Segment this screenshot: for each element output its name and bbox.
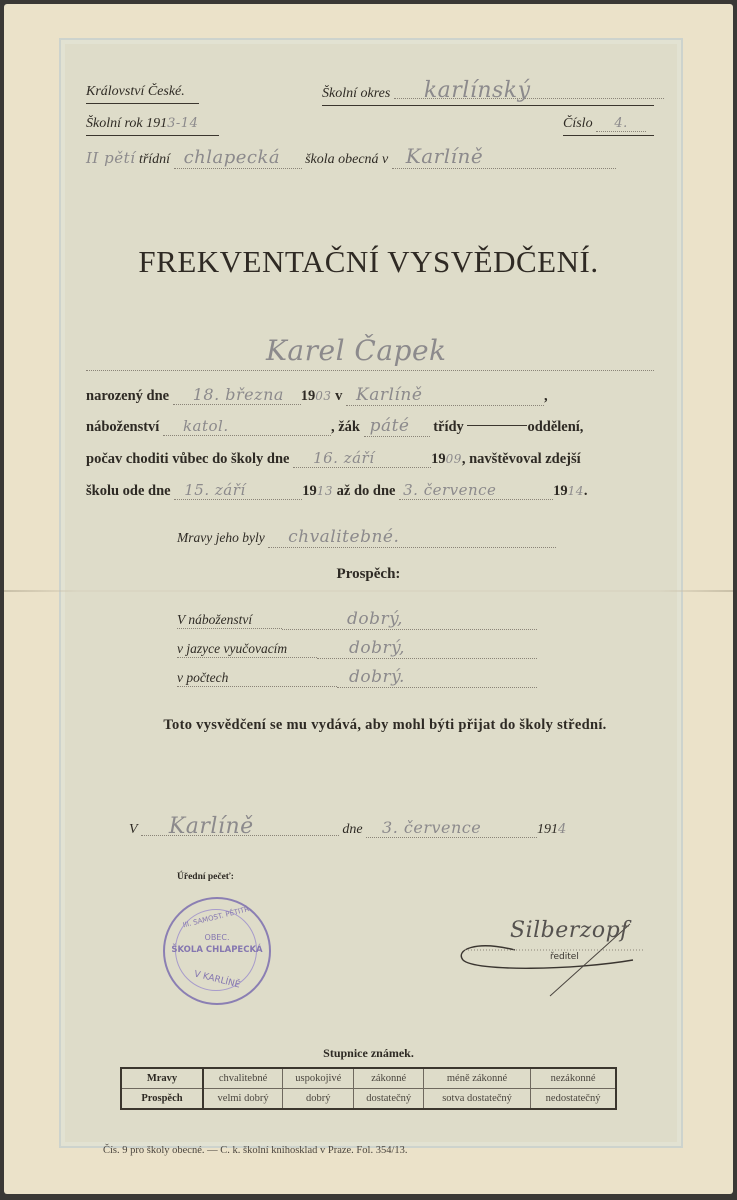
document-paper xyxy=(4,4,733,1194)
pupil-label: , žák xyxy=(331,419,360,435)
issued-date-value: 3. července xyxy=(366,818,537,838)
until-end: . xyxy=(584,483,588,499)
table-cell: sotva dostatečný xyxy=(424,1089,531,1110)
row-header: Prospěch xyxy=(121,1089,203,1110)
issued-date-label: dne xyxy=(342,822,362,837)
district-field: Školní okres karlínský xyxy=(322,84,654,106)
official-seal: III. SAMOST. PĚTITŘ. OBEC. ŠKOLA CHLAPEC… xyxy=(163,897,271,1005)
statement-text: Toto vysvědčení se mu vydává, aby mohl b… xyxy=(0,717,737,734)
conduct-line: Mravy jeho byly chvalitebné. xyxy=(177,527,556,548)
school-from-year-prefix: 19 xyxy=(302,483,317,499)
progress-heading: Prospěch: xyxy=(0,566,737,583)
school-place-value: Karlíně xyxy=(392,144,616,169)
table-cell: zákonné xyxy=(354,1068,424,1089)
table-cell: velmi dobrý xyxy=(203,1089,283,1110)
born-place-label: v xyxy=(335,388,342,404)
row-header: Mravy xyxy=(121,1068,203,1089)
seal-label: Úřední pečeť: xyxy=(177,872,234,882)
born-date: 18. března xyxy=(173,385,301,405)
issued-place-label: V xyxy=(129,822,137,837)
progress-value: dobrý. xyxy=(337,667,537,688)
conduct-label: Mravy jeho byly xyxy=(177,530,265,545)
signature-role: ředitel xyxy=(550,952,579,962)
progress-row-religion: V náboženstvídobrý, xyxy=(177,609,537,630)
born-end: , xyxy=(544,388,548,404)
progress-label: v počtech xyxy=(177,670,337,687)
table-cell: nedostatečný xyxy=(531,1089,616,1110)
started-year-prefix: 19 xyxy=(431,451,446,467)
started-date: 16. září xyxy=(293,449,431,468)
grade-scale-title: Stupnice známek. xyxy=(0,1046,737,1061)
issued-year-prefix: 191 xyxy=(537,822,558,837)
religion-label: náboženství xyxy=(86,419,159,435)
student-name-line: Karel Čapek xyxy=(86,340,654,371)
number-label: Číslo xyxy=(563,116,593,131)
signature-block: Silberzopf ředitel xyxy=(455,910,645,1000)
issued-line: V Karlíně dne 3. července1914 xyxy=(129,818,567,838)
number-field: Číslo 4. xyxy=(563,116,654,136)
attendance-line: školu ode dne 15. září1913 až do dne 3. … xyxy=(86,481,656,500)
school-line: II pětí třídní chlapecká škola obecná v … xyxy=(86,144,654,169)
progress-label: v jazyce vyučovacím xyxy=(177,641,317,658)
division-label: oddělení, xyxy=(527,419,583,435)
table-cell: chvalitebné xyxy=(203,1068,283,1089)
started-line: počav choditi vůbec do školy dne 16. zář… xyxy=(86,449,656,468)
district-label: Školní okres xyxy=(322,86,390,101)
class-label: třídy xyxy=(433,419,464,435)
table-cell: uspokojivé xyxy=(283,1068,354,1089)
seal-line-2: OBEC. xyxy=(165,933,269,942)
table-row: Mravy chvalitebné uspokojivé zákonné mén… xyxy=(121,1068,616,1089)
progress-row-language: v jazyce vyučovacímdobrý, xyxy=(177,638,537,659)
district-value: karlínský xyxy=(394,84,664,99)
started-label: počav choditi vůbec do školy dne xyxy=(86,451,289,467)
issued-year-suffix: 4 xyxy=(558,822,567,837)
school-year-field: Školní rok 1913-14 xyxy=(86,116,219,136)
table-cell: dostatečný xyxy=(354,1089,424,1110)
class-value: páté xyxy=(364,416,430,437)
document-title: FREKVENTAČNÍ VYSVĚDČENÍ. xyxy=(0,244,737,280)
visited-label: , navštěvoval zdejší xyxy=(462,451,581,467)
school-class-value: II pětí xyxy=(86,149,135,167)
school-year-label: Školní rok 191 xyxy=(86,116,167,131)
school-class-label: třídní xyxy=(139,152,170,167)
progress-label: V náboženství xyxy=(177,612,282,629)
footer-imprint: Čís. 9 pro školy obecné. — C. k. školní … xyxy=(103,1145,408,1156)
progress-value: dobrý, xyxy=(317,638,537,659)
table-cell: nezákonné xyxy=(531,1068,616,1089)
born-year-prefix: 19 xyxy=(301,388,316,404)
division-dash xyxy=(467,425,527,426)
progress-row-arithmetic: v počtechdobrý. xyxy=(177,667,537,688)
born-year-suffix: 03 xyxy=(315,389,331,403)
school-type-value: chlapecká xyxy=(174,147,302,169)
religion-line: náboženství katol., žák páté třídy odděl… xyxy=(86,416,656,437)
signature-name: Silberzopf xyxy=(510,918,629,943)
birth-line: narozený dne 18. března1903 v Karlíně, xyxy=(86,385,656,406)
table-cell: méně zákonné xyxy=(424,1068,531,1089)
table-cell: dobrý xyxy=(283,1089,354,1110)
school-from-year-suffix: 13 xyxy=(317,484,333,498)
fold-crease xyxy=(4,590,733,592)
grade-scale-table: Mravy chvalitebné uspokojivé zákonné mén… xyxy=(120,1067,617,1110)
school-label: škola obecná v xyxy=(305,152,388,167)
conduct-value: chvalitebné. xyxy=(268,527,556,548)
issued-place-value: Karlíně xyxy=(141,819,339,836)
until-label: až do dne xyxy=(337,483,396,499)
until-year-prefix: 19 xyxy=(553,483,568,499)
until-year-suffix: 14 xyxy=(568,484,584,498)
table-row: Prospěch velmi dobrý dobrý dostatečný so… xyxy=(121,1089,616,1110)
started-year-suffix: 09 xyxy=(446,452,462,466)
student-name: Karel Čapek xyxy=(266,334,447,367)
number-value: 4. xyxy=(596,116,646,132)
kingdom-text: Království České. xyxy=(86,84,185,99)
school-from-date: 15. září xyxy=(174,481,302,500)
progress-value: dobrý, xyxy=(282,609,537,630)
until-date: 3. července xyxy=(399,481,553,500)
born-label: narozený dne xyxy=(86,388,169,404)
school-year-value: 3-14 xyxy=(167,116,198,131)
school-from-label: školu ode dne xyxy=(86,483,171,499)
kingdom-label: Království České. xyxy=(86,84,199,104)
religion-value: katol. xyxy=(163,417,331,436)
seal-line-3: ŠKOLA CHLAPECKÁ xyxy=(165,945,269,955)
born-place: Karlíně xyxy=(346,385,544,406)
